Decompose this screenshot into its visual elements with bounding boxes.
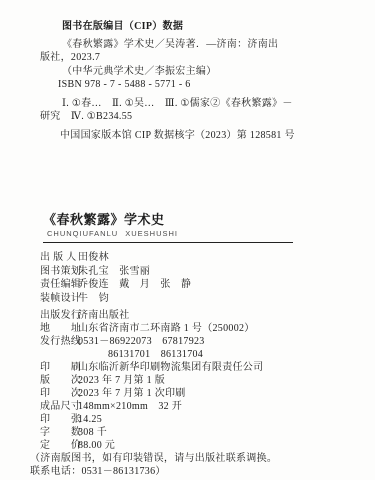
staff-row-design: 装帧设计牛 钧 <box>40 292 355 306</box>
pub-row-printer: 印 刷山东临沂新华印刷物流集团有限责任公司 <box>40 361 355 374</box>
row-label: 责任编辑 <box>40 278 78 292</box>
staff-credits-section: 出 版 人田俊林 图书策划朱孔宝 张雪丽 责任编辑乔俊连 戴 月 张 静 装帧设… <box>40 251 355 305</box>
cip-record-number: 中国国家版本馆 CIP 数据核字（2023）第 128581 号 <box>40 129 355 143</box>
row-label: 装帧设计 <box>40 292 78 306</box>
cip-heading: 图书在版编目（CIP）数据 <box>40 20 355 34</box>
row-label: 图书策划 <box>40 265 78 279</box>
staff-row-publisher: 出 版 人田俊林 <box>40 251 355 265</box>
cip-data-section: 图书在版编目（CIP）数据 《春秋繁露》学术史／吴涛著．—济南：济南出 版社，2… <box>40 20 355 142</box>
pub-row-wordcount: 字 数308 千 <box>40 426 355 439</box>
pub-row-edition: 版 次2023 年 7 月第 1 版 <box>40 374 355 387</box>
row-label: 印 刷 <box>40 361 78 374</box>
pub-row-printing: 印 次2023 年 7 月第 1 次印刷 <box>40 387 355 400</box>
row-value: 88.00 元 <box>78 439 115 452</box>
pub-row-hotline: 发行热线0531－86922073 67817923 <box>40 335 355 348</box>
row-label: 发行热线 <box>40 335 78 348</box>
row-value: 乔俊连 戴 月 张 静 <box>78 278 191 292</box>
copyright-page: 图书在版编目（CIP）数据 《春秋繁露》学术史／吴涛著．—济南：济南出 版社，2… <box>0 0 375 480</box>
row-value: 148mm×210mm 32 开 <box>78 400 182 413</box>
row-value: 山东临沂新华印刷物流集团有限责任公司 <box>78 361 263 374</box>
row-label: 版 次 <box>40 374 78 387</box>
row-label: 印 张 <box>40 413 78 426</box>
row-value: 朱孔宝 张雪丽 <box>78 265 150 279</box>
pub-row-sheets: 印 张14.25 <box>40 413 355 426</box>
row-value: 牛 钧 <box>78 292 109 306</box>
book-title-pinyin: CHUNQIUFANLU XUESHUSHI <box>47 229 355 239</box>
row-value: 86131701 86131704 <box>108 348 203 361</box>
pub-row-publisher: 出版发行济南出版社 <box>40 309 355 322</box>
pub-row-size: 成品尺寸148mm×210mm 32 开 <box>40 400 355 413</box>
row-label: 出版发行 <box>40 309 78 322</box>
row-value: 2023 年 7 月第 1 版 <box>78 374 165 387</box>
errata-note: （济南版图书，如有印装错误，请与出版社联系调换。 联系电话：0531－86131… <box>30 453 355 478</box>
row-value: 济南出版社 <box>78 309 130 322</box>
row-value: 0531－86922073 67817923 <box>78 335 205 348</box>
row-label: 地 址 <box>40 322 78 335</box>
cip-classification-line2: 研究 Ⅳ. ①B234.55 <box>40 110 355 124</box>
row-label: 出 版 人 <box>40 251 78 265</box>
publication-info-section: 出版发行济南出版社 地 址山东省济南市二环南路 1 号（250002） 发行热线… <box>40 309 355 452</box>
cip-classification-line1: Ⅰ. ①春… Ⅱ. ①吴… Ⅲ. ①儒家②《春秋繁露》－ <box>40 97 355 111</box>
cip-title-line: 《春秋繁露》学术史／吴涛著．—济南：济南出 <box>40 38 355 52</box>
pub-row-address: 地 址山东省济南市二环南路 1 号（250002） <box>40 322 355 335</box>
staff-row-editors: 责任编辑乔俊连 戴 月 张 静 <box>40 278 355 292</box>
book-title: 《春秋繁露》学术史 <box>43 212 355 228</box>
row-label: 定 价 <box>40 439 78 452</box>
row-value: 山东省济南市二环南路 1 号（250002） <box>78 322 255 335</box>
pub-row-price: 定 价88.00 元 <box>40 439 355 452</box>
cip-isbn: ISBN 978 - 7 - 5488 - 5771 - 6 <box>40 78 355 92</box>
title-block: 《春秋繁露》学术史 CHUNQIUFANLU XUESHUSHI <box>40 212 355 243</box>
row-label: 字 数 <box>40 426 78 439</box>
staff-row-planning: 图书策划朱孔宝 张雪丽 <box>40 265 355 279</box>
cip-series-line: （中华元典学术史／李振宏主编） <box>40 65 355 79</box>
row-label: 成品尺寸 <box>40 400 78 413</box>
row-value: 2023 年 7 月第 1 次印刷 <box>78 387 186 400</box>
row-value: 田俊林 <box>78 251 109 265</box>
row-value: 308 千 <box>78 426 107 439</box>
cip-title-line-wrap: 版社，2023.7 <box>40 51 355 65</box>
row-value: 14.25 <box>78 413 102 426</box>
row-label: 印 次 <box>40 387 78 400</box>
divider-rule <box>43 242 293 243</box>
pub-row-hotline-cont: 86131701 86131704 <box>40 348 355 361</box>
errata-note-line2: 联系电话：0531－86131736） <box>30 466 355 479</box>
errata-note-line1: （济南版图书，如有印装错误，请与出版社联系调换。 <box>30 453 355 466</box>
